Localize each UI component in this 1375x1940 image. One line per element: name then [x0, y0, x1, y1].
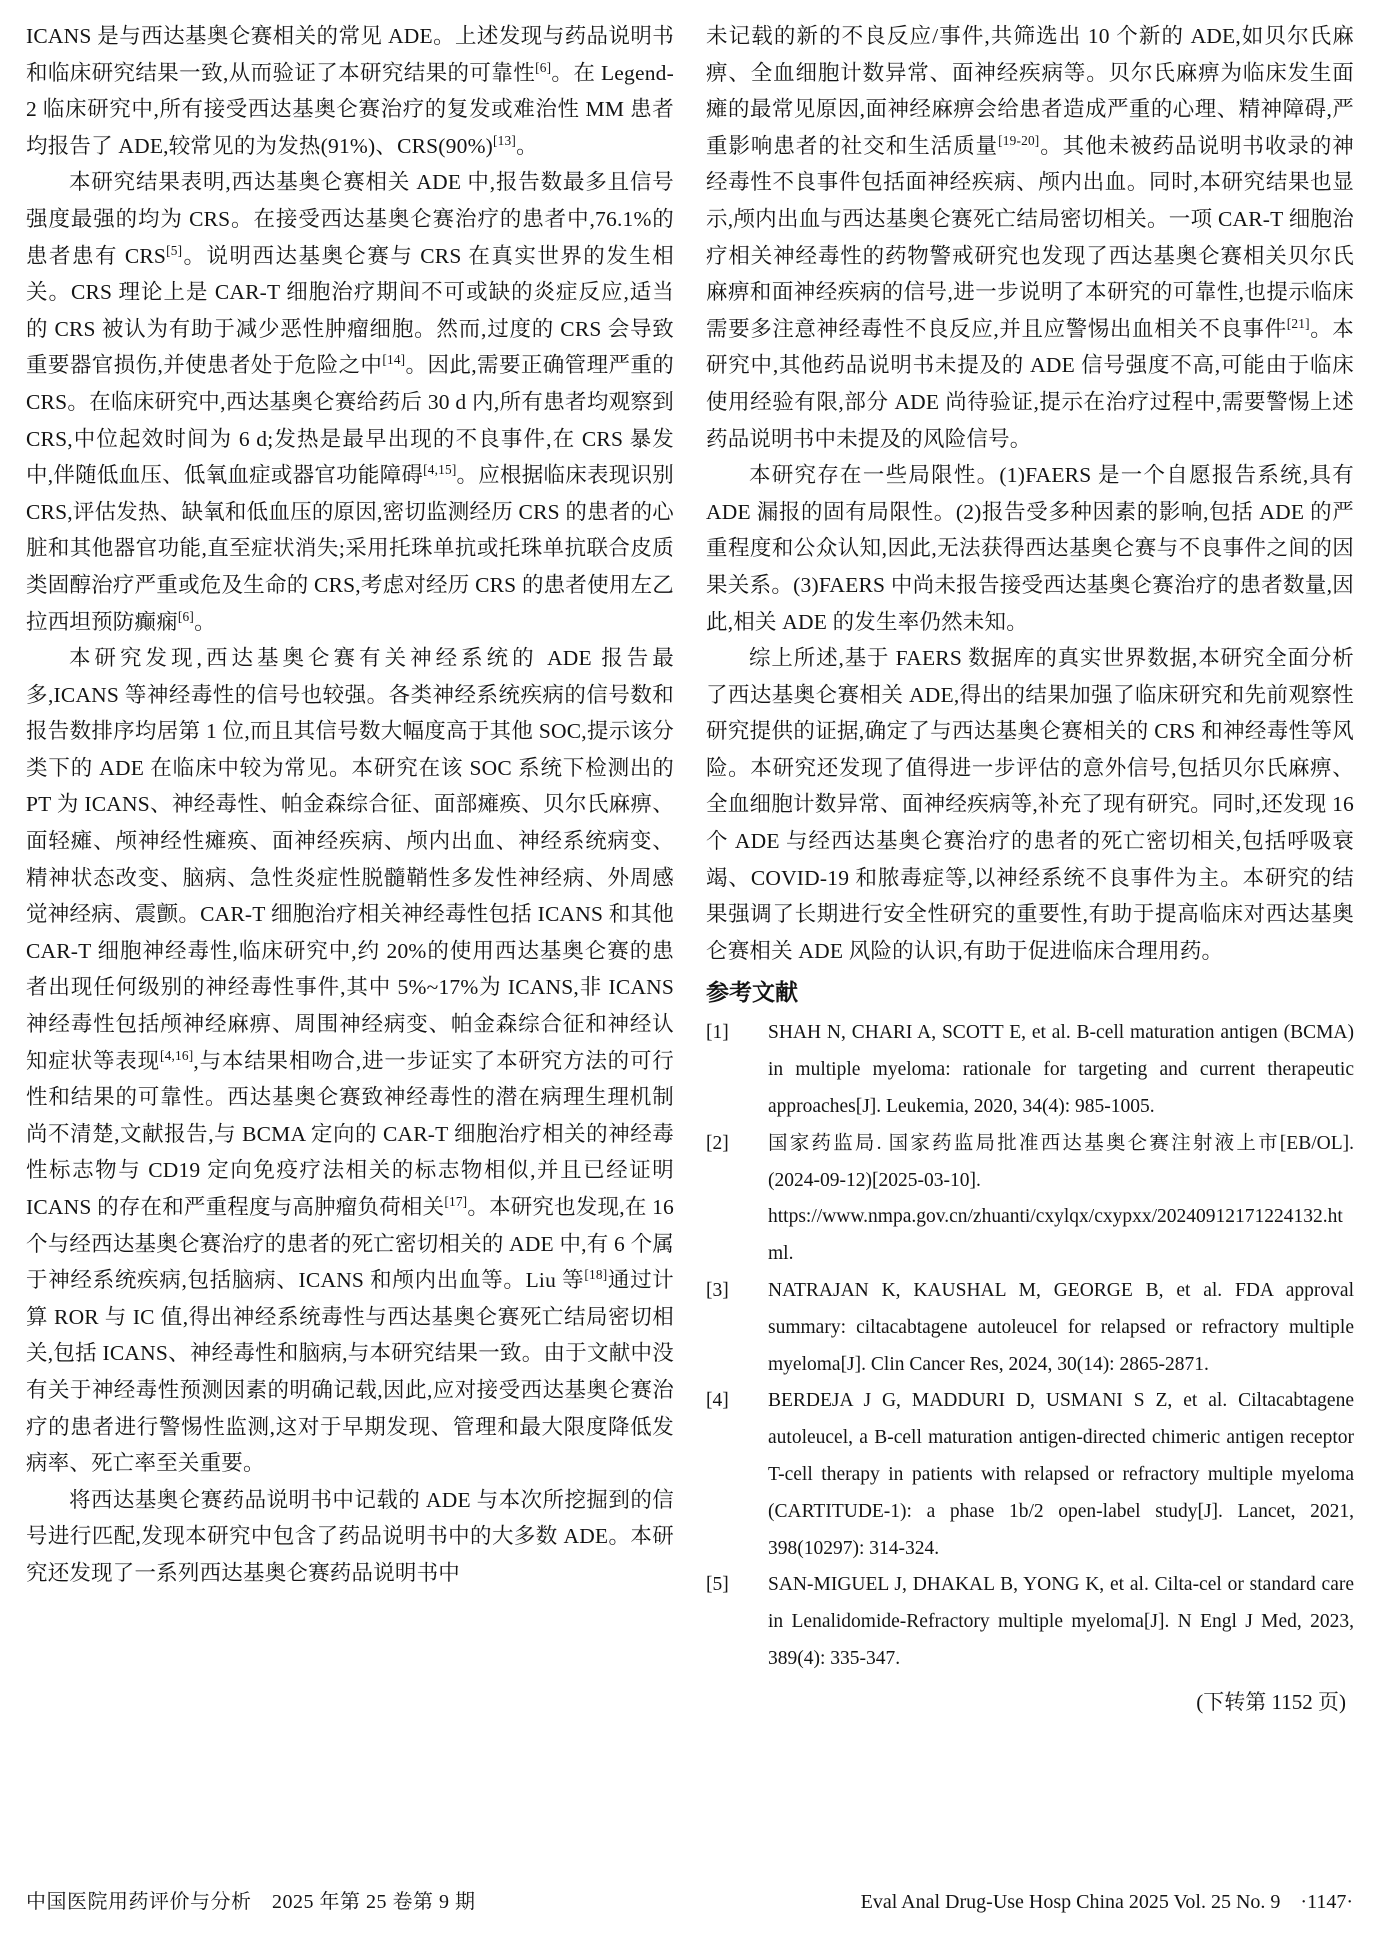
citation-superscript: [5] — [166, 242, 182, 257]
citation-superscript: [14] — [382, 352, 405, 367]
citation-superscript: [13] — [493, 133, 516, 148]
citation-superscript: [18] — [584, 1267, 607, 1282]
body-paragraph: ICANS 是与西达基奥仑赛相关的常见 ADE。上述发现与药品说明书和临床研究结… — [26, 18, 674, 164]
reference-item: [3]NATRAJAN K, KAUSHAL M, GEORGE B, et a… — [706, 1273, 1354, 1383]
right-column: 未记载的新的不良反应/事件,共筛选出 10 个新的 ADE,如贝尔氏麻痹、全血细… — [706, 18, 1354, 1721]
reference-item: [1]SHAH N, CHARI A, SCOTT E, et al. B-ce… — [706, 1015, 1354, 1125]
body-paragraph: 本研究存在一些局限性。(1)FAERS 是一个自愿报告系统,具有 ADE 漏报的… — [706, 457, 1354, 640]
journal-page: ICANS 是与西达基奥仑赛相关的常见 ADE。上述发现与药品说明书和临床研究结… — [0, 0, 1375, 1940]
left-column: ICANS 是与西达基奥仑赛相关的常见 ADE。上述发现与药品说明书和临床研究结… — [26, 18, 674, 1721]
page-footer: 中国医院用药评价与分析 2025 年第 25 卷第 9 期 Eval Anal … — [26, 1885, 1353, 1914]
citation-superscript: [6] — [535, 59, 551, 74]
body-paragraph: 本研究结果表明,西达基奥仑赛相关 ADE 中,报告数最多且信号强度最强的均为 C… — [26, 164, 674, 640]
citation-superscript: [19-20] — [998, 133, 1039, 148]
footer-journal-title-en: Eval Anal Drug-Use Hosp China 2025 Vol. … — [861, 1885, 1353, 1914]
references-list: [1]SHAH N, CHARI A, SCOTT E, et al. B-ce… — [706, 1015, 1354, 1677]
body-paragraph: 未记载的新的不良反应/事件,共筛选出 10 个新的 ADE,如贝尔氏麻痹、全血细… — [706, 18, 1354, 457]
references-heading: 参考文献 — [706, 972, 1354, 1012]
citation-superscript: [21] — [1287, 316, 1310, 331]
reference-text: NATRAJAN K, KAUSHAL M, GEORGE B, et al. … — [768, 1273, 1354, 1383]
reference-number: [3] — [706, 1273, 768, 1383]
body-paragraph: 综上所述,基于 FAERS 数据库的真实世界数据,本研究全面分析了西达基奥仑赛相… — [706, 640, 1354, 969]
citation-superscript: [17] — [444, 1194, 467, 1209]
reference-item: [2]国家药监局. 国家药监局批准西达基奥仑赛注射液上市[EB/OL]. (20… — [706, 1126, 1354, 1273]
body-paragraph: 本研究发现,西达基奥仑赛有关神经系统的 ADE 报告最多,ICANS 等神经毒性… — [26, 640, 674, 1482]
citation-superscript: [6] — [178, 608, 194, 623]
reference-number: [1] — [706, 1015, 768, 1125]
reference-text: SHAH N, CHARI A, SCOTT E, et al. B-cell … — [768, 1015, 1354, 1125]
citation-superscript: [4,15] — [423, 462, 456, 477]
two-column-body: ICANS 是与西达基奥仑赛相关的常见 ADE。上述发现与药品说明书和临床研究结… — [26, 18, 1353, 1721]
reference-number: [4] — [706, 1383, 768, 1567]
reference-text: 国家药监局. 国家药监局批准西达基奥仑赛注射液上市[EB/OL]. (2024-… — [768, 1126, 1354, 1273]
reference-item: [4]BERDEJA J G, MADDURI D, USMANI S Z, e… — [706, 1383, 1354, 1567]
reference-text: BERDEJA J G, MADDURI D, USMANI S Z, et a… — [768, 1383, 1354, 1567]
reference-item: [5]SAN-MIGUEL J, DHAKAL B, YONG K, et al… — [706, 1567, 1354, 1677]
reference-number: [5] — [706, 1567, 768, 1677]
continuation-note: (下转第 1152 页) — [706, 1684, 1354, 1721]
reference-text: SAN-MIGUEL J, DHAKAL B, YONG K, et al. C… — [768, 1567, 1354, 1677]
body-paragraph: 将西达基奥仑赛药品说明书中记载的 ADE 与本次所挖掘到的信号进行匹配,发现本研… — [26, 1482, 674, 1592]
reference-number: [2] — [706, 1126, 768, 1273]
citation-superscript: [4,16] — [160, 1047, 193, 1062]
footer-journal-title-cn: 中国医院用药评价与分析 2025 年第 25 卷第 9 期 — [26, 1885, 476, 1914]
right-column-paragraphs: 未记载的新的不良反应/事件,共筛选出 10 个新的 ADE,如贝尔氏麻痹、全血细… — [706, 18, 1354, 969]
